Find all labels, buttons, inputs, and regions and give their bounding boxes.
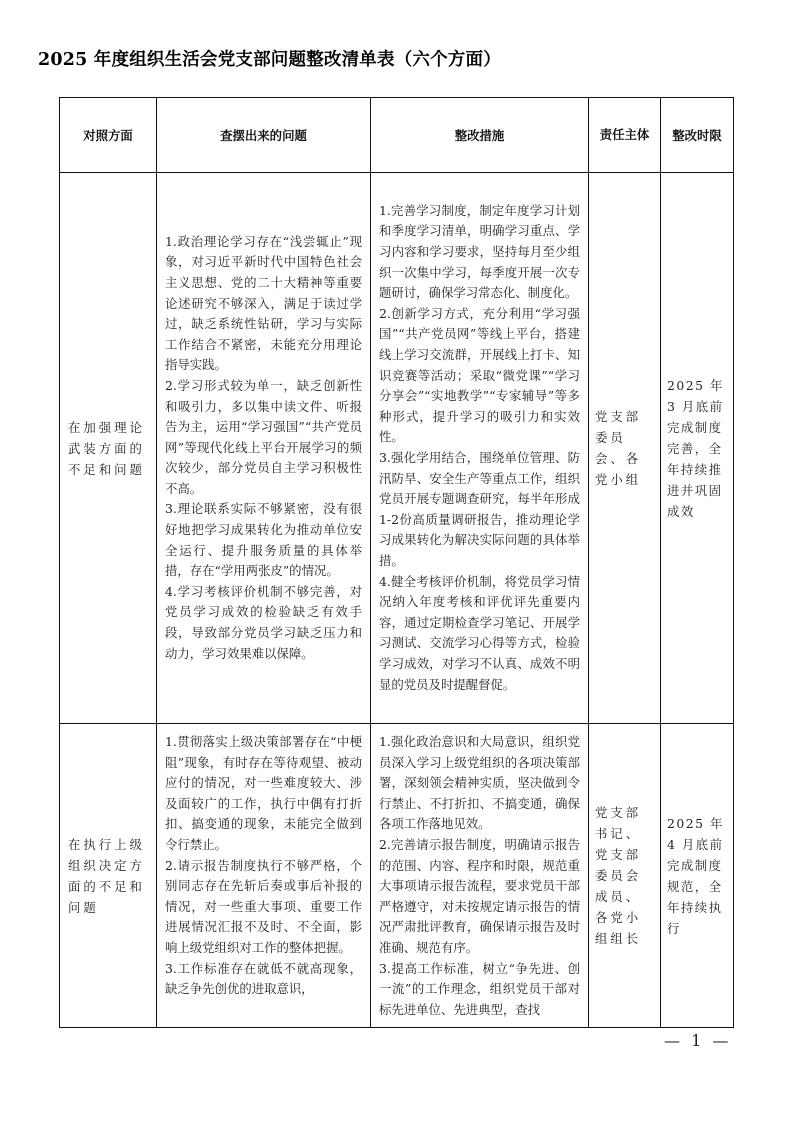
row-1-responsible: 党支部委员会、各党小组: [589, 173, 661, 724]
table-header-row: 对照方面 查摆出来的问题 整改措施 责任主体 整改时限: [60, 98, 734, 173]
measure-item: 1.强化政治意识和大局意识，组织党员深入学习上级党组织的各项决策部署，深刻领会精…: [379, 732, 580, 835]
problem-item: 1.贯彻落实上级决策部署存在“中梗阻”现象，有时存在等待观望、被动应付的情况，对…: [165, 732, 362, 856]
row-2-measures: 1.强化政治意识和大局意识，组织党员深入学习上级党组织的各项决策部署，深刻领会精…: [371, 724, 589, 1028]
rectification-table: 对照方面 查摆出来的问题 整改措施 责任主体 整改时限 在加强理论武装方面的不足…: [59, 97, 734, 1028]
measure-item: 3.提高工作标准，树立“争先进、创一流”的工作理念，组织党员干部对标先进单位、先…: [379, 959, 580, 1021]
row-1-aspect: 在加强理论武装方面的不足和问题: [60, 173, 157, 724]
header-deadline: 整改时限: [661, 98, 734, 173]
problem-item: 3.理论联系实际不够紧密，没有很好地把学习成果转化为推动单位安全运行、提升服务质…: [165, 499, 362, 581]
header-measures: 整改措施: [371, 98, 589, 173]
table-row: 在加强理论武装方面的不足和问题 1.政治理论学习存在“浅尝辄止”现象，对习近平新…: [60, 173, 734, 724]
header-problems: 查摆出来的问题: [157, 98, 371, 173]
problem-item: 3.工作标准存在就低不就高现象，缺乏争先创优的进取意识，: [165, 959, 362, 1000]
problem-item: 2.学习形式较为单一，缺乏创新性和吸引力，多以集中读文件、听报告为主，运用“学习…: [165, 376, 362, 500]
problem-item: 1.政治理论学习存在“浅尝辄止”现象，对习近平新时代中国特色社会主义思想、党的二…: [165, 232, 362, 376]
document-title: 2025 年度组织生活会党支部问题整改清单表（六个方面）: [38, 46, 501, 71]
header-responsible: 责任主体: [589, 98, 661, 173]
problem-item: 4.学习考核评价机制不够完善，对党员学习成效的检验缺乏有效手段，导致部分党员学习…: [165, 582, 362, 664]
problem-item: 2.请示报告制度执行不够严格，个别同志存在先斩后奏或事后补报的情况，对一些重大事…: [165, 856, 362, 959]
table-row: 在执行上级组织决定方面的不足和问题 1.贯彻落实上级决策部署存在“中梗阻”现象，…: [60, 724, 734, 1028]
measure-item: 2.创新学习方式，充分利用“学习强国”“共产党员网”等线上平台，搭建线上学习交流…: [379, 304, 580, 448]
measure-item: 1.完善学习制度，制定年度学习计划和季度学习清单，明确学习重点、学习内容和学习要…: [379, 201, 580, 304]
row-1-problems: 1.政治理论学习存在“浅尝辄止”现象，对习近平新时代中国特色社会主义思想、党的二…: [157, 173, 371, 724]
measure-item: 2.完善请示报告制度，明确请示报告的范围、内容、程序和时限，规范重大事项请示报告…: [379, 835, 580, 959]
measure-item: 3.强化学用结合，围绕单位管理、防汛防旱、安全生产等重点工作，组织党员开展专题调…: [379, 448, 580, 572]
row-1-measures: 1.完善学习制度，制定年度学习计划和季度学习清单，明确学习重点、学习内容和学习要…: [371, 173, 589, 724]
page-number: — 1 —: [664, 1031, 731, 1050]
row-2-deadline: 2025 年 4 月底前完成制度规范，全年持续执行: [661, 724, 734, 1028]
row-2-problems: 1.贯彻落实上级决策部署存在“中梗阻”现象，有时存在等待观望、被动应付的情况，对…: [157, 724, 371, 1028]
measure-item: 4.健全考核评价机制，将党员学习情况纳入年度考核和评优评先重要内容，通过定期检查…: [379, 572, 580, 696]
row-1-deadline: 2025 年 3 月底前完成制度完善，全年持续推进并巩固成效: [661, 173, 734, 724]
row-2-responsible: 党支部书记、党支部委员会成员、各党小组组长: [589, 724, 661, 1028]
row-2-aspect: 在执行上级组织决定方面的不足和问题: [60, 724, 157, 1028]
header-aspect: 对照方面: [60, 98, 157, 173]
